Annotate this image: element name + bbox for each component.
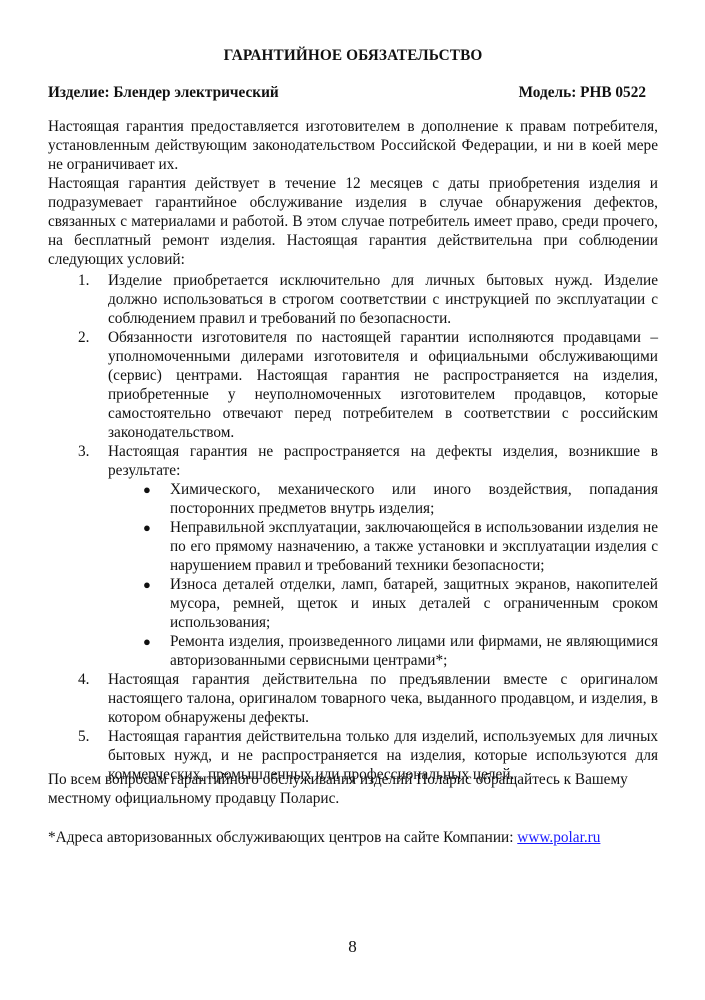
condition-item: 1. Изделие приобретается исключительно д…	[48, 271, 658, 328]
condition-text: Обязанности изготовителя по настоящей га…	[108, 329, 658, 441]
product-info-line: Изделие: Блендер электрический Модель: P…	[48, 83, 646, 102]
bullet-icon: ●	[143, 480, 151, 499]
condition-text: Настоящая гарантия действительна по пред…	[108, 671, 658, 726]
footnote: *Адреса авторизованных обслуживающих цен…	[48, 828, 658, 847]
condition-number: 3.	[78, 442, 89, 461]
condition-text: Изделие приобретается исключительно для …	[108, 272, 658, 327]
exclusions-list: ● Химического, механического или иного в…	[108, 480, 658, 670]
condition-number: 1.	[78, 271, 89, 290]
exclusion-item: ● Ремонта изделия, произведенного лицами…	[108, 632, 658, 670]
bullet-icon: ●	[143, 632, 151, 651]
exclusion-text: Химического, механического или иного воз…	[170, 481, 658, 517]
condition-number: 5.	[78, 727, 89, 746]
page-number: 8	[0, 937, 705, 956]
exclusion-text: Неправильной эксплуатации, заключающейся…	[170, 519, 658, 574]
condition-number: 2.	[78, 328, 89, 347]
exclusion-text: Износа деталей отделки, ламп, батарей, з…	[170, 576, 658, 631]
document-title: ГАРАНТИЙНОЕ ОБЯЗАТЕЛЬСТВО	[48, 46, 658, 65]
intro-paragraph: Настоящая гарантия предоставляется изгот…	[48, 117, 658, 174]
product-model: Модель: PHB 0522	[519, 83, 646, 102]
condition-item: 2. Обязанности изготовителя по настоящей…	[48, 328, 658, 442]
service-note: По всем вопросам гарантийного обслуживан…	[48, 770, 658, 808]
condition-number: 4.	[78, 670, 89, 689]
conditions-list: 1. Изделие приобретается исключительно д…	[48, 271, 658, 784]
exclusion-item: ● Химического, механического или иного в…	[108, 480, 658, 518]
product-name: Изделие: Блендер электрический	[48, 83, 279, 102]
condition-item: 3. Настоящая гарантия не распространяетс…	[48, 442, 658, 670]
exclusion-item: ● Износа деталей отделки, ламп, батарей,…	[108, 575, 658, 632]
bullet-icon: ●	[143, 575, 151, 594]
intro-paragraph: Настоящая гарантия действует в течение 1…	[48, 174, 658, 269]
condition-item: 4. Настоящая гарантия действительна по п…	[48, 670, 658, 727]
condition-text: Настоящая гарантия не распространяется н…	[108, 443, 658, 479]
polar-website-link[interactable]: www.polar.ru	[517, 829, 600, 846]
exclusion-text: Ремонта изделия, произведенного лицами и…	[170, 633, 658, 669]
footnote-text: *Адреса авторизованных обслуживающих цен…	[48, 829, 517, 846]
bullet-icon: ●	[143, 518, 151, 537]
intro-section: Настоящая гарантия предоставляется изгот…	[48, 117, 658, 269]
exclusion-item: ● Неправильной эксплуатации, заключающей…	[108, 518, 658, 575]
